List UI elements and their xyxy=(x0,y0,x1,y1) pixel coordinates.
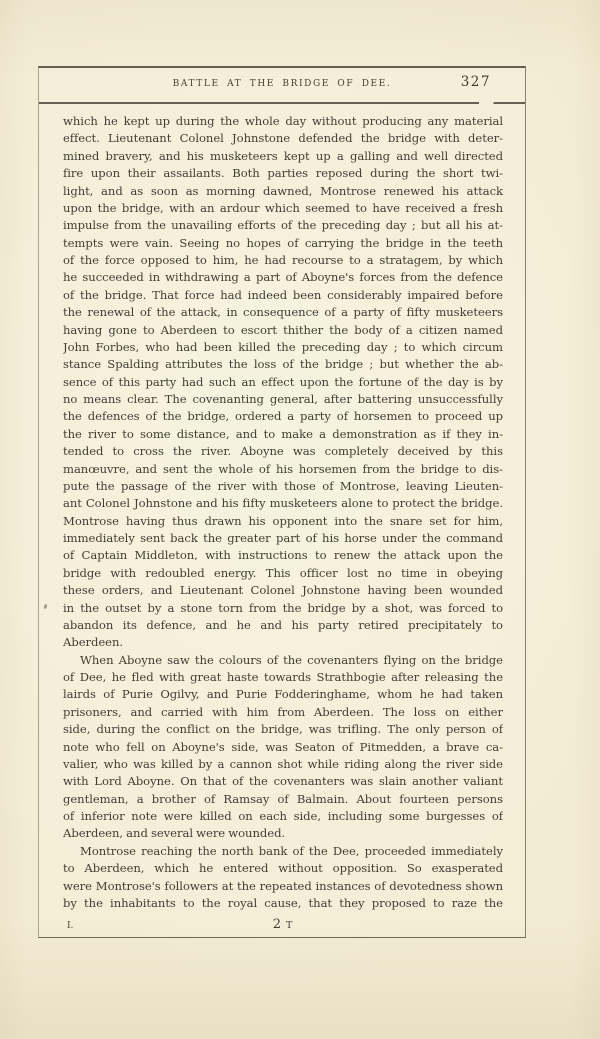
text-line: When Aboyne saw the colours of the coven… xyxy=(63,652,503,669)
text-line: of the bridge. That force had indeed bee… xyxy=(63,287,503,304)
text-line: these orders, and Lieutenant Colonel Joh… xyxy=(63,582,503,599)
text-line: lairds of Purie Ogilvy, and Purie Fodder… xyxy=(63,686,503,703)
text-line: were Montrose's followers at the repeate… xyxy=(63,878,503,895)
paragraph: When Aboyne saw the colours of the coven… xyxy=(63,652,503,843)
text-line: mined bravery, and his musketeers kept u… xyxy=(63,148,503,165)
body-text: which he kept up during the whole day wi… xyxy=(63,113,503,912)
text-line: the river to some distance, and to make … xyxy=(63,426,503,443)
paragraph: which he kept up during the whole day wi… xyxy=(63,113,503,652)
text-line: abandon its defence, and he and his part… xyxy=(63,617,503,634)
text-line: side, during the conflict on the bridge,… xyxy=(63,721,503,738)
paragraph: Montrose reaching the north bank of the … xyxy=(63,843,503,913)
page-number: 327 xyxy=(461,74,491,90)
text-line: bridge with redoubled energy. This offic… xyxy=(63,565,503,582)
text-line: in the outset by a stone torn from the b… xyxy=(63,600,503,617)
text-line: pute the passage of the river with those… xyxy=(63,478,503,495)
header-rule xyxy=(39,102,525,104)
text-line: John Forbes, who had been killed the pre… xyxy=(63,339,503,356)
text-line: light, and as soon as morning dawned, Mo… xyxy=(63,183,503,200)
text-line: Aberdeen, and several were wounded. xyxy=(63,825,503,842)
text-line: sence of this party had such an effect u… xyxy=(63,374,503,391)
text-line: of Captain Middleton, with instructions … xyxy=(63,547,503,564)
text-line: stance Spalding attributes the loss of t… xyxy=(63,356,503,373)
page-footer: I. 2T xyxy=(63,917,503,939)
signature-number: 2 xyxy=(273,917,281,932)
running-title: BATTLE AT THE BRIDGE OF DEE. xyxy=(39,79,525,89)
text-line: manœuvre, and sent the whole of his hors… xyxy=(63,461,503,478)
text-line: Aberdeen. xyxy=(63,634,503,651)
printers-signature: 2T xyxy=(63,917,503,932)
signature-letter: T xyxy=(286,920,293,931)
scanned-book-page: BATTLE AT THE BRIDGE OF DEE. 327 which h… xyxy=(0,0,600,1039)
text-line: upon the bridge, with an ardour which se… xyxy=(63,200,503,217)
text-line: immediately sent back the greater part o… xyxy=(63,530,503,547)
text-line: Montrose having thus drawn his opponent … xyxy=(63,513,503,530)
text-line: the renewal of the attack, in consequenc… xyxy=(63,304,503,321)
text-line: no means clear. The covenanting general,… xyxy=(63,391,503,408)
text-line: having gone to Aberdeen to escort thithe… xyxy=(63,322,503,339)
text-line: by the inhabitants to the royal cause, t… xyxy=(63,895,503,912)
text-line: of inferior note were killed on each sid… xyxy=(63,808,503,825)
text-line: of Dee, he fled with great haste towards… xyxy=(63,669,503,686)
text-line: gentleman, a brother of Ramsay of Balmai… xyxy=(63,791,503,808)
text-line: fire upon their assailants. Both parties… xyxy=(63,165,503,182)
text-line: to Aberdeen, which he entered without op… xyxy=(63,860,503,877)
text-line: he succeeded in withdrawing a part of Ab… xyxy=(63,269,503,286)
text-line: valier, who was killed by a cannon shot … xyxy=(63,756,503,773)
text-line: of the force opposed to him, he had reco… xyxy=(63,252,503,269)
text-line: ant Colonel Johnstone and his fifty musk… xyxy=(63,495,503,512)
text-line: tempts were vain. Seeing no hopes of car… xyxy=(63,235,503,252)
page-frame: BATTLE AT THE BRIDGE OF DEE. 327 which h… xyxy=(38,66,526,938)
text-line: the defences of the bridge, ordered a pa… xyxy=(63,408,503,425)
text-line: tended to cross the river. Aboyne was co… xyxy=(63,443,503,460)
text-line: which he kept up during the whole day wi… xyxy=(63,113,503,130)
text-line: Montrose reaching the north bank of the … xyxy=(63,843,503,860)
text-line: effect. Lieutenant Colonel Johnstone def… xyxy=(63,130,503,147)
text-line: prisoners, and carried with him from Abe… xyxy=(63,704,503,721)
text-line: with Lord Aboyne. On that of the covenan… xyxy=(63,773,503,790)
text-line: note who fell on Aboyne's side, was Seat… xyxy=(63,739,503,756)
text-line: impulse from the unavailing efforts of t… xyxy=(63,217,503,234)
